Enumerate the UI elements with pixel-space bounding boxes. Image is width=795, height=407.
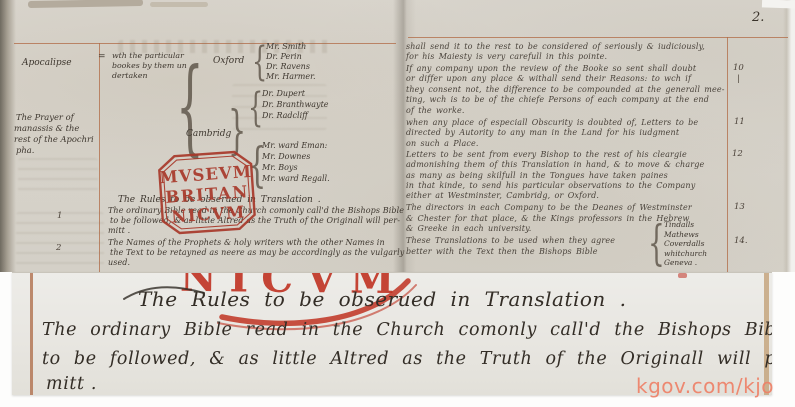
rp-line: in that kinde, to send his particular ob… bbox=[406, 181, 695, 192]
watermark: kgov.com/kjo bbox=[636, 374, 774, 398]
margin-note-prayer-line: The Prayer of bbox=[16, 112, 74, 122]
cambridge-group1-member: Dr. Radcliff bbox=[262, 111, 308, 120]
version-item: Mathews bbox=[664, 230, 699, 239]
stamp-text-line: NICVM bbox=[171, 202, 247, 226]
margin-note-prayer-line: manassis & the bbox=[14, 123, 79, 133]
undertaking-note-line: wth the particular bbox=[112, 51, 184, 60]
rule-number-12: 12 bbox=[732, 149, 743, 159]
cambridge-label: Cambridg bbox=[186, 129, 231, 139]
rp-line: The directors in each Company to be the … bbox=[406, 203, 692, 214]
version-item: Coverdalls bbox=[664, 239, 704, 248]
top-right-sliver bbox=[762, 0, 795, 9]
version-item: Tindalls bbox=[664, 220, 694, 229]
rp-line: or differ upon any place & withall send … bbox=[406, 74, 691, 85]
right-page-top-rule bbox=[408, 37, 788, 38]
right-page-edge bbox=[783, 0, 795, 272]
inset-left-rule bbox=[30, 273, 33, 395]
rp-line: on such a Place. bbox=[406, 139, 479, 150]
rule-number-tick: | bbox=[737, 74, 740, 84]
rule-number-1: 1 bbox=[57, 211, 62, 221]
rule-number-11: 11 bbox=[734, 117, 745, 127]
rp-line: directed by Autority to any man in the L… bbox=[406, 128, 679, 139]
rp-line: when any place of especiall Obscurity is… bbox=[406, 118, 698, 129]
manuscript-scan: Apocalipse The Prayer of manassis & the … bbox=[0, 0, 795, 407]
margin-note-apocalypse: Apocalipse bbox=[22, 58, 72, 68]
cambridge-group1-member: Dr. Branthwayte bbox=[262, 100, 329, 109]
oxford-member: Mr. Smith bbox=[266, 42, 306, 51]
oxford-member: Dr. Ravens bbox=[266, 62, 310, 71]
inset-heading: The Rules to be obserued in Translation … bbox=[138, 287, 627, 311]
rp-line: either at Westminster, Cambridg, or Oxfo… bbox=[406, 191, 599, 202]
rp-line: for his Maiesty is very carefull in this… bbox=[406, 52, 607, 63]
oxford-member: Dr. Perin bbox=[266, 52, 302, 61]
versions-brace: { bbox=[648, 216, 665, 270]
rule1-line: mitt . bbox=[108, 226, 130, 237]
rule-number-14: 14. bbox=[734, 236, 748, 246]
rp-line: Letters to be sent from every Bishop to … bbox=[406, 150, 687, 161]
cambridge-group2-member: Mr. Downes bbox=[262, 152, 310, 161]
oxford-member: Mr. Harmer. bbox=[266, 72, 316, 81]
rp-line: better with the Text then the Bishops Bi… bbox=[406, 247, 598, 258]
rule2-line: used. bbox=[108, 258, 130, 269]
manuscript-photo: Apocalipse The Prayer of manassis & the … bbox=[0, 0, 795, 272]
rp-line: ting, wch is to be of the chiefe Persons… bbox=[406, 95, 709, 106]
cambridge-group2-member: Mr. ward Eman: bbox=[262, 141, 327, 150]
inset-line: The ordinary Bible read in the Church co… bbox=[42, 320, 772, 340]
cambridge-group2-member: Mr. ward Regall. bbox=[262, 174, 330, 183]
rp-line: If any company upon the review of the Bo… bbox=[406, 64, 696, 75]
british-museum-stamp: MVSEVM BRITAN NICVM bbox=[155, 149, 258, 238]
right-page-margin-rule bbox=[727, 37, 728, 272]
version-item: whitchurch bbox=[664, 249, 707, 258]
rule-number-10: 10 bbox=[733, 63, 744, 73]
rp-line: they consent not, the difference to be c… bbox=[406, 85, 725, 96]
rp-line: as many as being skilfull in the Tongues… bbox=[406, 171, 668, 182]
margin-note-prayer-line: pha. bbox=[16, 145, 34, 155]
rp-line: of the worke. bbox=[406, 106, 465, 117]
inset-line: mitt . bbox=[46, 374, 97, 394]
cambridge-group1-member: Dr. Dupert bbox=[262, 89, 305, 98]
rp-line: These Translations to be used when they … bbox=[406, 236, 615, 247]
top-left-fragment bbox=[28, 0, 143, 8]
version-item: Geneva . bbox=[664, 258, 697, 267]
top-left-fragment-2 bbox=[150, 2, 208, 7]
inset-line: to be followed, & as little Altred as th… bbox=[42, 349, 772, 369]
rule2-line: the Text to be retayned as neere as may … bbox=[110, 248, 404, 259]
oxford-label: Oxford bbox=[213, 56, 244, 66]
undertaking-note-line: dertaken bbox=[112, 71, 147, 80]
rp-line: shall send it to the rest to be consider… bbox=[406, 42, 705, 53]
cambridge-group2-member: Mr. Boys bbox=[262, 163, 298, 172]
rule2-line: The Names of the Prophets & holy writers… bbox=[108, 238, 385, 249]
rp-line: & Greeke in each university. bbox=[406, 224, 531, 235]
page-number: 2. bbox=[752, 10, 764, 25]
rule-number-2: 2 bbox=[56, 243, 61, 253]
margin-note-prayer-line: rest of the Apochri bbox=[14, 134, 94, 144]
rp-line: admonishing them of this Translation in … bbox=[406, 160, 704, 171]
grouping-brace-large: { bbox=[176, 48, 204, 164]
equals-mark: = bbox=[98, 52, 106, 62]
rule-number-13: 13 bbox=[734, 202, 745, 212]
inset-red-fragment bbox=[678, 273, 687, 278]
cambridge-group1-brace: { bbox=[248, 86, 263, 130]
oxford-brace: { bbox=[252, 40, 267, 84]
bleedthrough-block-2 bbox=[18, 158, 98, 192]
rp-line: & Chester for that place, & the Kings pr… bbox=[406, 214, 690, 225]
